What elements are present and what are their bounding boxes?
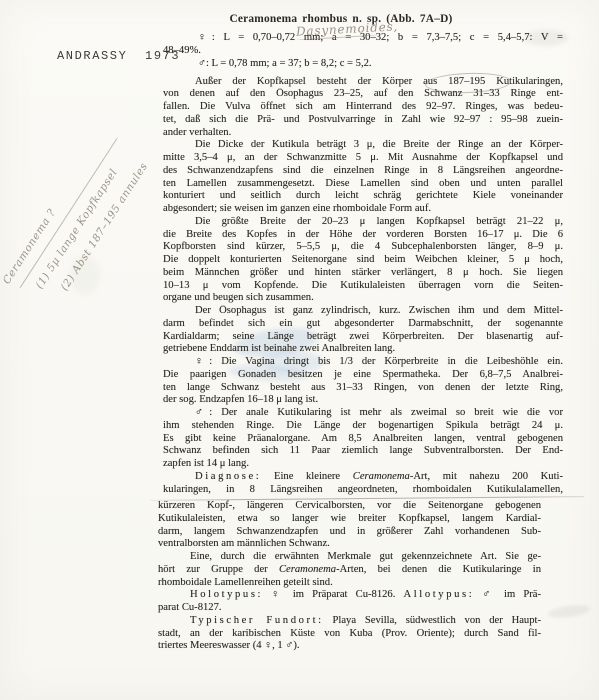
text-line: stadt, an der karibischen Küste von Kuba…	[158, 628, 541, 641]
lower-text-block: kürzeren Kopf-, längeren Cervicalborsten…	[158, 500, 541, 653]
text-line: beim Männchen größer und hinten stärker …	[163, 267, 563, 280]
text-line: kularingen, in 8 Längsreihen angeordnete…	[163, 484, 563, 497]
text-line: organe und beugen sich zusammen.	[163, 292, 563, 305]
text-line: Diagnose: Eine kleinere Ceramonema-Art, …	[163, 471, 563, 484]
text-line: hört zur Gruppe der Ceramonema-Arten, be…	[158, 564, 541, 577]
scanned-document-page: ANDRASSY 1973 Ceramonema rhombus n. sp. …	[0, 0, 599, 700]
text-line: Die paarigen Gonaden besitzen je eine Sp…	[163, 369, 563, 382]
text-line: Kardialdarm; seine Länge beträgt zwei Kö…	[163, 331, 563, 344]
text-line: Kutikulaleisten, etwa so langer wie brei…	[158, 513, 541, 526]
text-line: kürzeren Kopf-, längeren Cervicalborsten…	[158, 500, 541, 513]
text-line: von denen auf den Ösophagus 23–25, auf d…	[163, 88, 563, 101]
text-line: darm, langem Schwanzendzapfen und in grö…	[158, 526, 541, 539]
text-line: Holotypus: ♀ im Präparat Cu-8126. Alloty…	[158, 589, 541, 602]
text-line: Der Ösophagus ist ganz zylindrisch, kurz…	[163, 305, 563, 318]
text-line: Typischer Fundort: Playa Sevilla, südwes…	[158, 615, 541, 628]
pencil-stroke	[20, 138, 118, 288]
margin-note-line: (1) 5μ lange Kopfkapsel	[34, 88, 172, 291]
margin-note-line: Ceramonema ?	[1, 72, 147, 287]
text-line: ventralborsten am männlichen Schwanz.	[158, 538, 541, 551]
text-line: ♀: Die Vagina dringt bis 1/3 der Körperb…	[163, 356, 563, 369]
scan-smudge	[547, 603, 590, 620]
text-line: ihm stehenden Ringe. Die Länge der bogen…	[163, 420, 563, 433]
text-line: Die doppelt konturierten Seitenorgane si…	[163, 254, 563, 267]
text-line: tet, daß sich die Prä- und Postvulvarrin…	[163, 114, 563, 127]
text-line: ♂: Der anale Kutikularing ist mehr als z…	[163, 407, 563, 420]
text-line: der sog. Endzapfen 16–18 μ lang ist.	[163, 394, 563, 407]
text-line: Es gibt keine Präanalorgane. Am 8,5 Anal…	[163, 433, 563, 446]
text-line: fallen. Die Vulva öffnet sich am Hinterr…	[163, 101, 563, 114]
text-line: rhomboidale Lamellenreihen geteilt sind.	[158, 577, 541, 590]
text-line: Eine, durch die erwähnten Merkmale gut g…	[158, 551, 541, 564]
measurement-lines: ♀: L = 0,70–0,72 mm; a = 30–32; b = 7,3–…	[163, 31, 563, 71]
text-line: triertes Meereswasser (4 ♀, 1 ♂).	[158, 640, 541, 653]
text-line: getriebene Enddarm ist beinahe zwei Anal…	[163, 343, 563, 356]
text-line: ten lange Schwanz besteht aus 31–33 Ring…	[163, 382, 563, 395]
text-line: darm befindet sich ein gut abgesonderter…	[163, 318, 563, 331]
text-line: ♂: L = 0,78 mm; a = 37; b = 8,2; c = 5,2…	[163, 57, 563, 70]
author-year-stamp: ANDRASSY 1973	[57, 49, 180, 63]
text-line: Schwanz befinden sich 11 Paar ziemlich l…	[163, 445, 563, 458]
text-line: zapfen ist 14 μ lang.	[163, 458, 563, 471]
text-line: 10–13 μ vom Kopfende. Die Kutikulaleiste…	[163, 280, 563, 293]
text-line: 48–49%.	[163, 44, 563, 57]
text-line: parat Cu-8127.	[158, 602, 541, 615]
